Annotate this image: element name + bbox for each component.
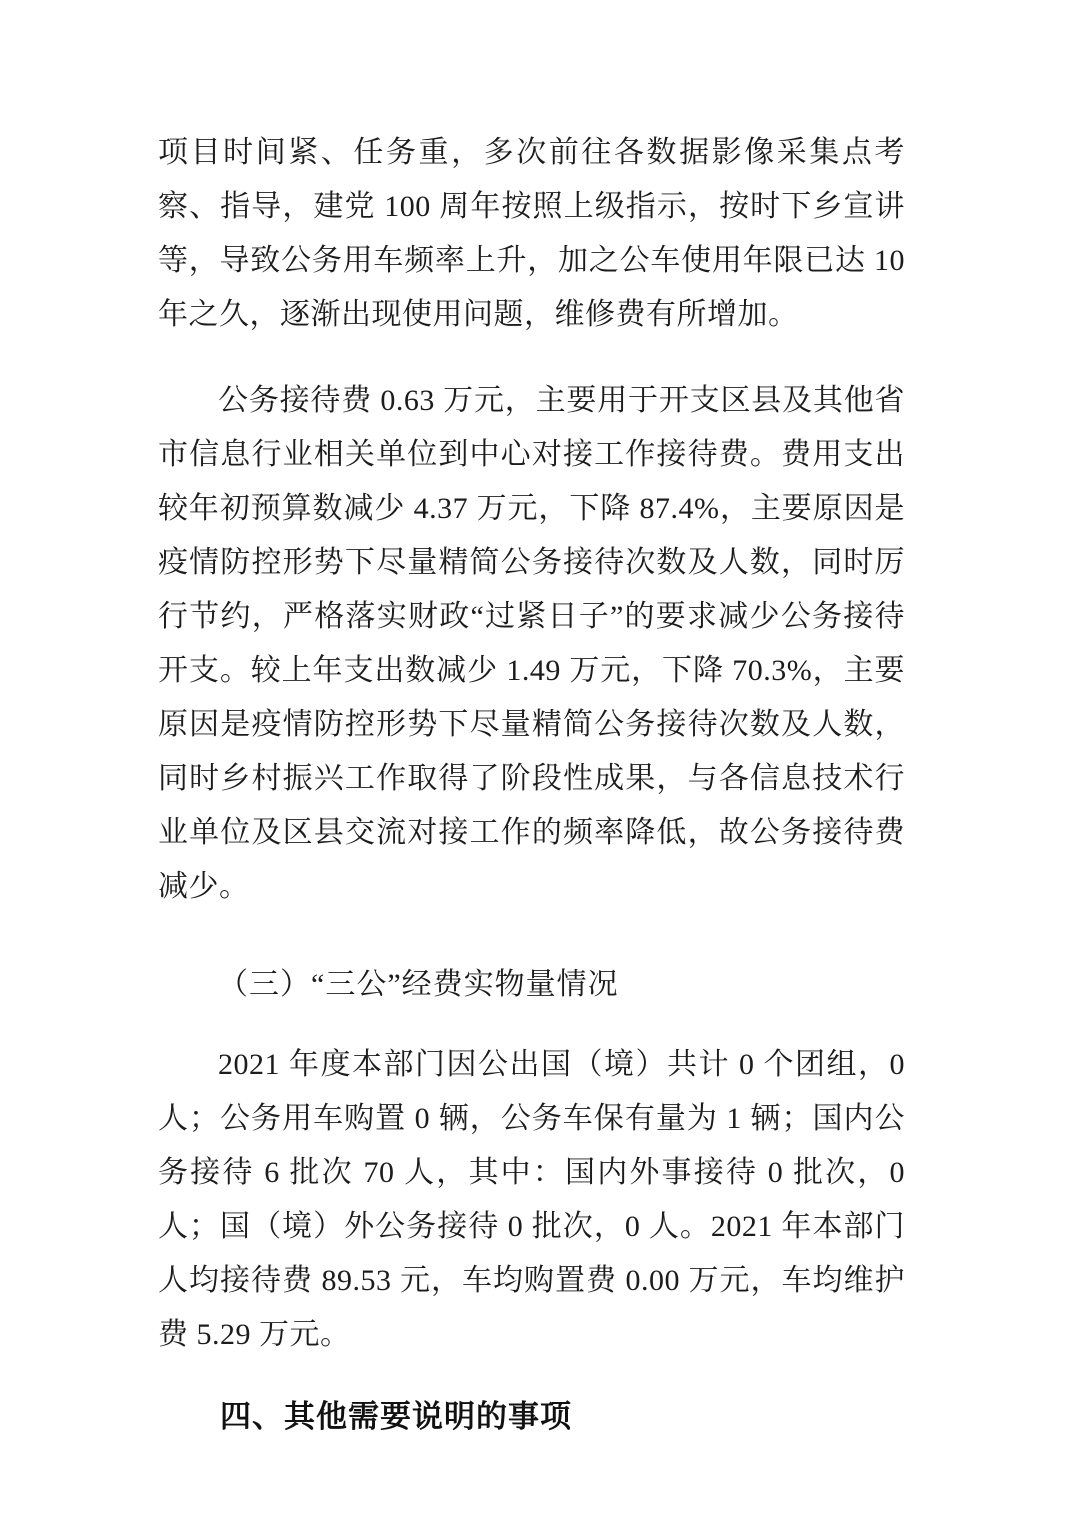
document-page: 项目时间紧、任务重，多次前往各数据影像采集点考察、指导，建党 100 周年按照上… bbox=[0, 0, 1075, 1520]
subsection-heading-three-public-physical-quantity: （三）“三公”经费实物量情况 bbox=[158, 958, 905, 1012]
paragraph-three-public-physical-quantity: 2021 年度本部门因公出国（境）共计 0 个团组，0 人；公务用车购置 0 辆… bbox=[158, 1038, 905, 1362]
section-heading-other-matters: 四、其他需要说明的事项 bbox=[158, 1390, 905, 1444]
paragraph-reception-expense: 公务接待费 0.63 万元，主要用于开支区县及其他省市信息行业相关单位到中心对接… bbox=[158, 374, 905, 914]
paragraph-vehicle-expense-continued: 项目时间紧、任务重，多次前往各数据影像采集点考察、指导，建党 100 周年按照上… bbox=[158, 126, 905, 342]
